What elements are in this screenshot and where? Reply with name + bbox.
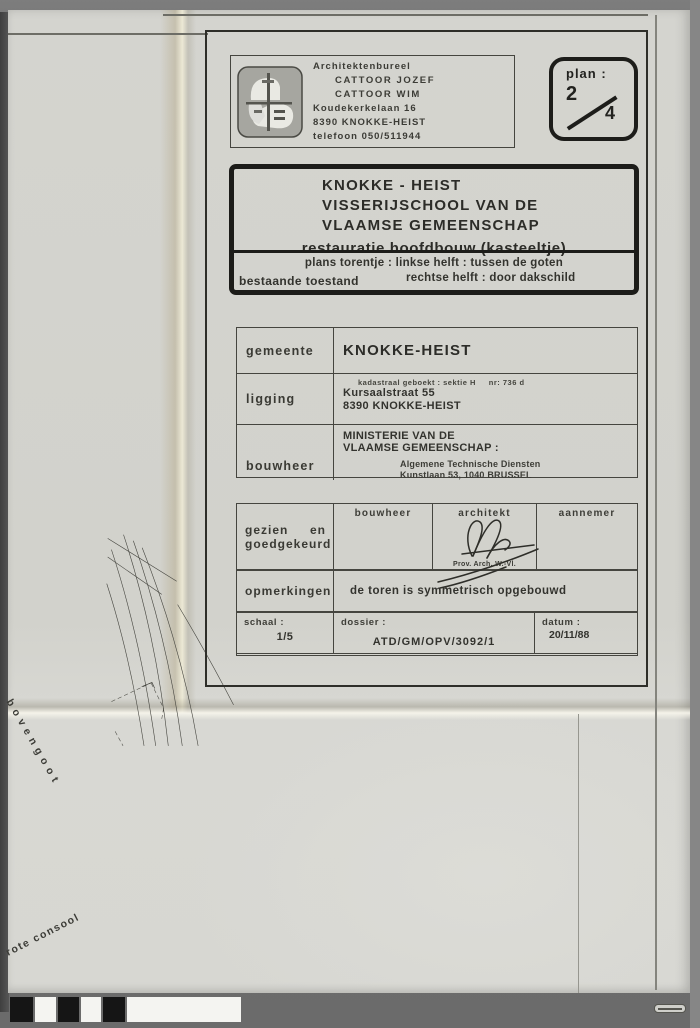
- approval-row-label: gezien en goedgekeurd: [237, 504, 334, 570]
- project-line2: VISSERIJSCHOOL VAN DE: [322, 196, 634, 216]
- bouwheer-ministerie-2: VLAAMSE GEMEENSCHAP :: [334, 442, 637, 454]
- info-table: gemeente KNOKKE-HEIST ligging kadastraal…: [236, 327, 638, 478]
- project-line3: VLAAMSE GEMEENSCHAP: [322, 216, 634, 236]
- ligging-label: ligging: [237, 374, 334, 425]
- plan-denominator: 4: [605, 103, 615, 124]
- status-label: bestaande toestand: [239, 274, 359, 288]
- schaal-value: 1/5: [237, 631, 333, 643]
- sticker-pill: [654, 1004, 686, 1013]
- gemeente-value: KNOKKE-HEIST: [334, 328, 637, 374]
- bouwheer-ministerie-1: MINISTERIE VAN DE: [334, 430, 637, 442]
- scan-edge-right: [690, 0, 700, 1028]
- architect-city: 8390 KNOKKE-HEIST: [313, 116, 435, 130]
- project-city: KNOKKE - HEIST: [322, 176, 634, 196]
- scale-square-black-3: [103, 997, 125, 1022]
- plans-note-line1: plans torentje : linkse helft : tussen d…: [234, 253, 634, 269]
- bouwheer-value-cell: MINISTERIE VAN DE VLAAMSE GEMEENSCHAP : …: [334, 425, 637, 480]
- plans-note-line2: rechtse helft : door dakschild: [406, 272, 575, 284]
- architect-box: Architektenbureel CATTOOR JOZEF CATTOOR …: [230, 55, 515, 148]
- bouwheer-label: bouwheer: [237, 425, 334, 480]
- architect-logo: [237, 66, 303, 138]
- architect-name-1: CATTOOR JOZEF: [313, 74, 435, 88]
- frame-line-right: [655, 15, 657, 990]
- ligging-value-cell: kadastraal geboekt : sektie H nr: 736 d …: [334, 374, 637, 425]
- plan-numerator: 2: [566, 83, 577, 106]
- architect-street: Koudekerkelaan 16: [313, 102, 435, 116]
- sticker-pill-line: [658, 1008, 682, 1010]
- gemeente-label: gemeente: [237, 328, 334, 374]
- col-bouwheer-header: bouwheer: [334, 504, 433, 570]
- opmerkingen-label: opmerkingen: [237, 571, 334, 612]
- fold-line-lower: [578, 714, 579, 993]
- ligging-address2: 8390 KNOKKE-HEIST: [334, 400, 637, 413]
- scale-square-white-2: [81, 997, 101, 1022]
- dossier-value: ATD/GM/OPV/3092/1: [334, 636, 534, 648]
- plan-label: plan :: [566, 66, 607, 81]
- schaal-cell: schaal : 1/5: [237, 613, 334, 654]
- scanned-plan-sheet: { "colors": { "paper": "#d4d4cf", "ink":…: [0, 0, 700, 1028]
- architect-signature: [432, 508, 582, 620]
- kadaster-note: kadastraal geboekt : sektie H nr: 736 d: [334, 374, 637, 387]
- datum-value: 20/11/88: [535, 629, 637, 641]
- scale-square-white-1: [35, 997, 56, 1022]
- project-title: KNOKKE - HEIST VISSERIJSCHOOL VAN DE VLA…: [234, 169, 634, 236]
- plans-note-section: plans torentje : linkse helft : tussen d…: [234, 250, 634, 290]
- bouwheer-dienst: Algemene Technische Diensten: [334, 459, 637, 470]
- project-title-box: KNOKKE - HEIST VISSERIJSCHOOL VAN DE VLA…: [229, 164, 639, 295]
- architect-phone: telefoon 050/511944: [313, 130, 435, 144]
- plan-number-box: plan : 2 4: [549, 57, 638, 141]
- architect-name-2: CATTOOR WIM: [313, 88, 435, 102]
- scale-calibration-bar: [10, 997, 241, 1022]
- architect-info: Architektenbureel CATTOOR JOZEF CATTOOR …: [313, 60, 435, 144]
- frame-line-top: [163, 14, 648, 16]
- scale-square-black-1: [10, 997, 33, 1022]
- scale-bar-white-long: [127, 997, 241, 1022]
- frame-line-top-left: [8, 33, 208, 35]
- scale-square-black-2: [58, 997, 79, 1022]
- ligging-address1: Kursaalstraat 55: [334, 387, 637, 400]
- schaal-label: schaal :: [237, 613, 333, 628]
- architect-bureau: Architektenbureel: [313, 60, 435, 74]
- bouwheer-adres: Kunstlaan 53, 1040 BRUSSEL: [334, 470, 637, 481]
